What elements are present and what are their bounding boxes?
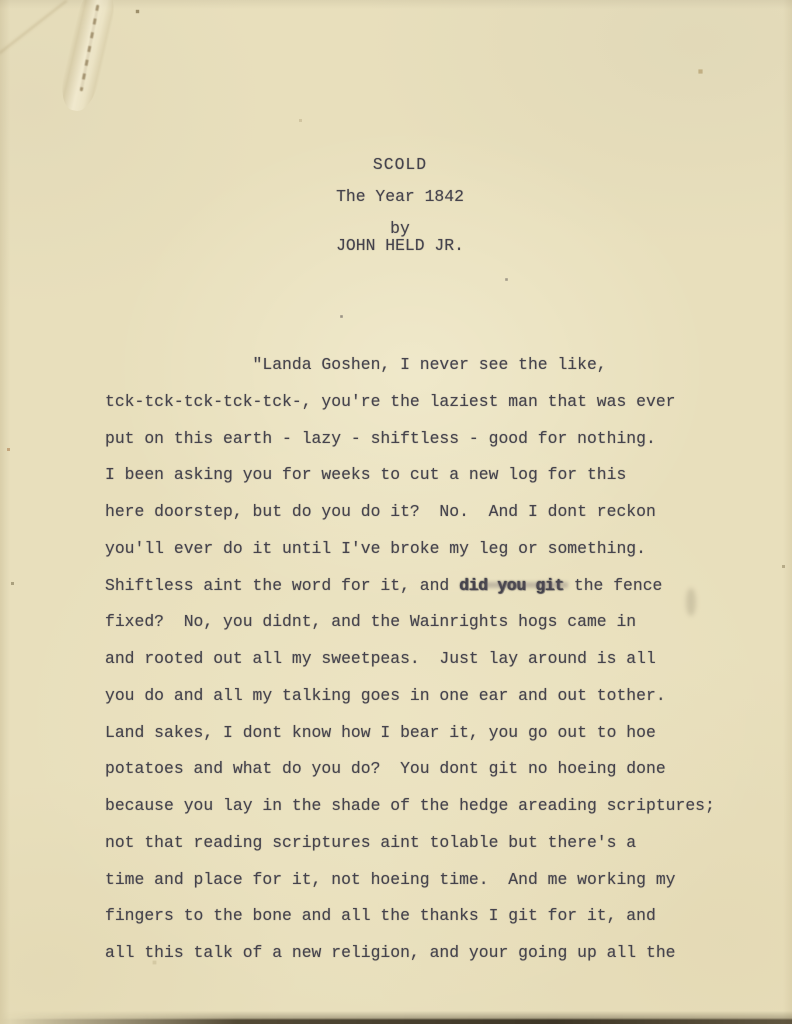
text-line: here doorstep, but do you do it? No. And… bbox=[105, 494, 745, 531]
typescript-body: "Landa Goshen, I never see the like, tck… bbox=[105, 347, 745, 972]
text-line: you do and all my talking goes in one ea… bbox=[105, 678, 745, 715]
text-segment: the fence bbox=[564, 576, 662, 595]
corner-fold-crease bbox=[0, 0, 68, 54]
text-segment: Shiftless aint the word for it, and bbox=[105, 576, 459, 595]
text-line: not that reading scriptures aint tolable… bbox=[105, 825, 745, 862]
document-subtitle: The Year 1842 bbox=[105, 188, 695, 206]
scan-bottom-edge-shadow bbox=[0, 1010, 792, 1024]
text-line: and rooted out all my sweetpeas. Just la… bbox=[105, 641, 745, 678]
text-line: put on this earth - lazy - shiftless - g… bbox=[105, 421, 745, 458]
text-line: fingers to the bone and all the thanks I… bbox=[105, 898, 745, 935]
text-line: you'll ever do it until I've broke my le… bbox=[105, 531, 745, 568]
overstruck-text: did you git bbox=[459, 576, 564, 595]
text-line-with-overstrike: Shiftless aint the word for it, and did … bbox=[105, 568, 745, 605]
text-line: all this talk of a new religion, and you… bbox=[105, 935, 745, 972]
document-title: SCOLD bbox=[105, 156, 695, 174]
text-line: because you lay in the shade of the hedg… bbox=[105, 788, 745, 825]
text-line: fixed? No, you didnt, and the Wainrights… bbox=[105, 604, 745, 641]
text-line: Land sakes, I dont know how I bear it, y… bbox=[105, 715, 745, 752]
author-name: JOHN HELD JR. bbox=[105, 237, 695, 255]
text-line: potatoes and what do you do? You dont gi… bbox=[105, 751, 745, 788]
manuscript-page: SCOLD The Year 1842 by JOHN HELD JR. "La… bbox=[0, 0, 792, 1024]
text-line: "Landa Goshen, I never see the like, bbox=[105, 347, 745, 384]
paper-specks bbox=[0, 0, 1, 1]
text-line: tck-tck-tck-tck-tck-, you're the laziest… bbox=[105, 384, 745, 421]
text-line: I been asking you for weeks to cut a new… bbox=[105, 457, 745, 494]
text-line: time and place for it, not hoeing time. … bbox=[105, 862, 745, 899]
